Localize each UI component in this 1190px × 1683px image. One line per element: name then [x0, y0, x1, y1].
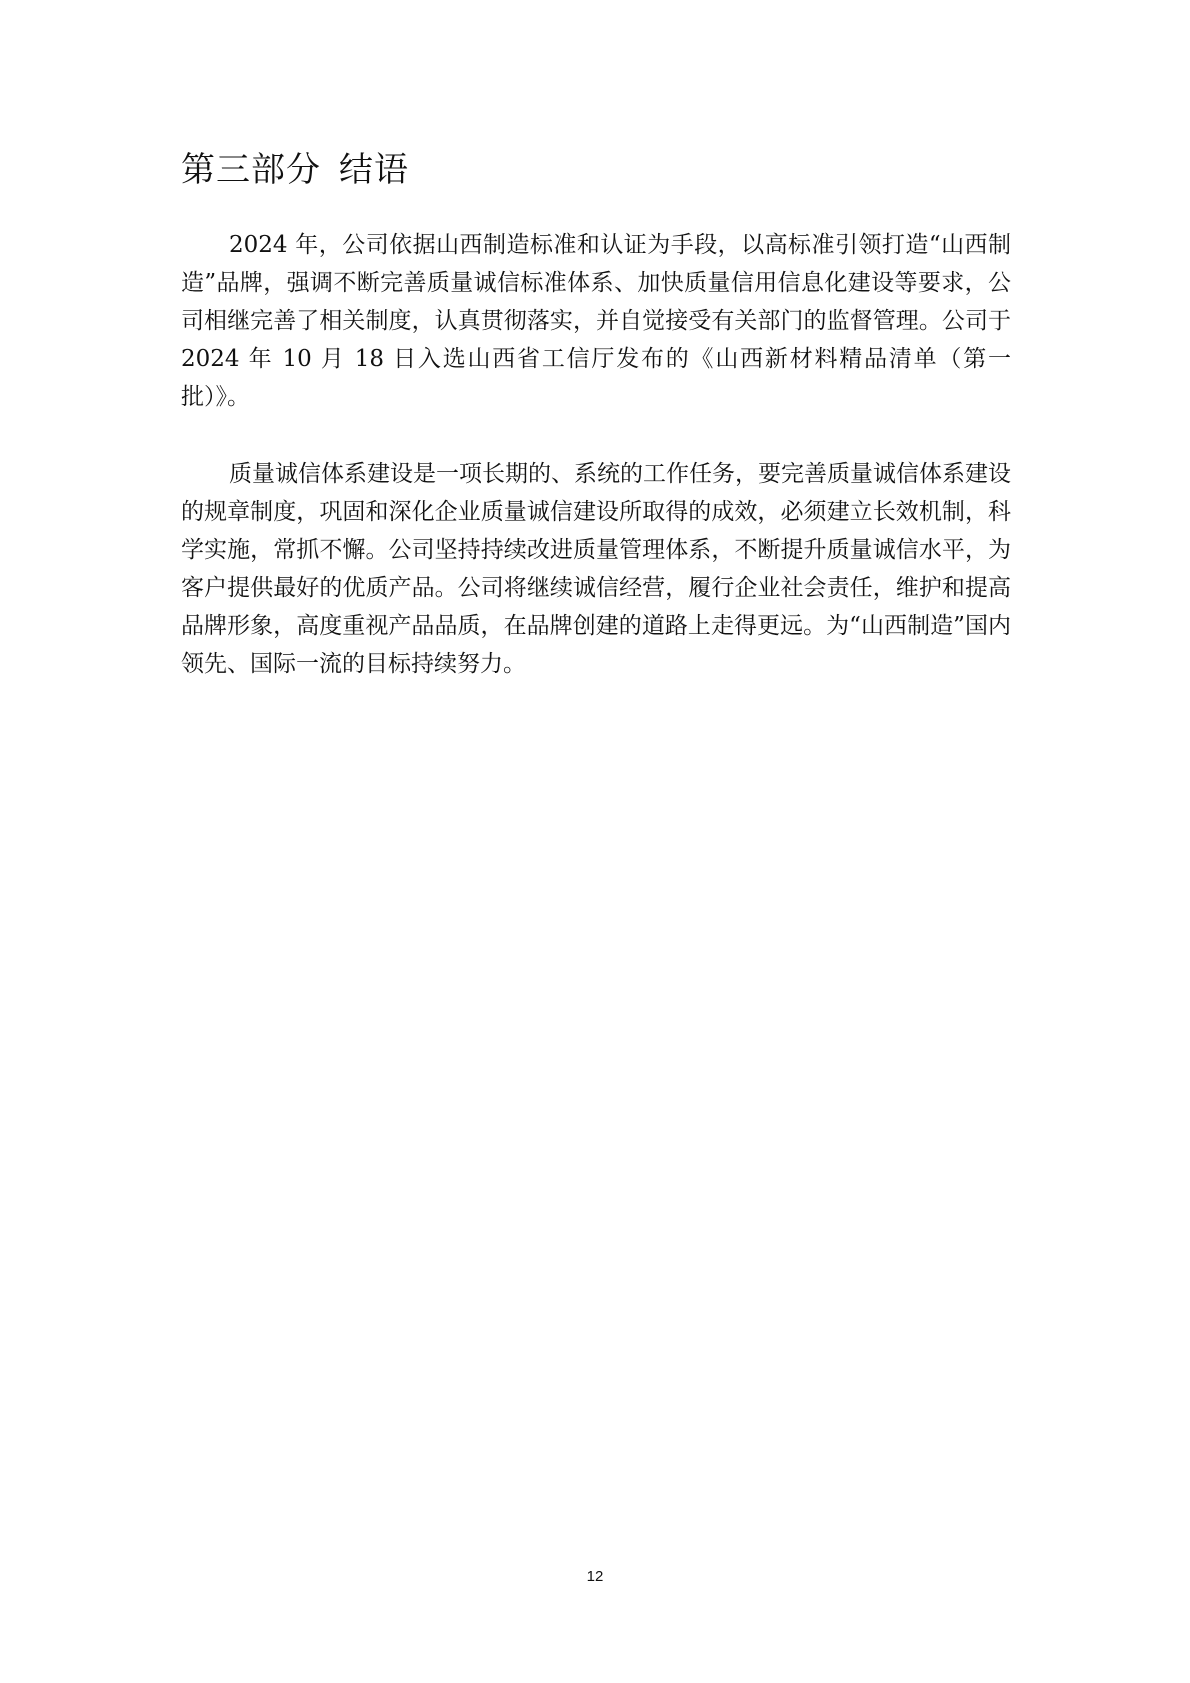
- paragraph-1-text: 2024 年，公司依据山西制造标准和认证为手段，以高标准引领打造“山西制造”品牌…: [181, 232, 1011, 410]
- paragraph-2: 质量诚信体系建设是一项长期的、系统的工作任务，要完善质量诚信体系建设的规章制度，…: [181, 455, 1011, 683]
- section-part-label: 第三部分: [181, 150, 321, 190]
- section-title: 结语: [339, 150, 409, 190]
- paragraph-1: 2024 年，公司依据山西制造标准和认证为手段，以高标准引领打造“山西制造”品牌…: [181, 226, 1011, 416]
- section-heading: 第三部分结语: [181, 148, 409, 192]
- page-number: 12: [0, 1568, 1190, 1585]
- paragraph-2-text: 质量诚信体系建设是一项长期的、系统的工作任务，要完善质量诚信体系建设的规章制度，…: [181, 461, 1011, 677]
